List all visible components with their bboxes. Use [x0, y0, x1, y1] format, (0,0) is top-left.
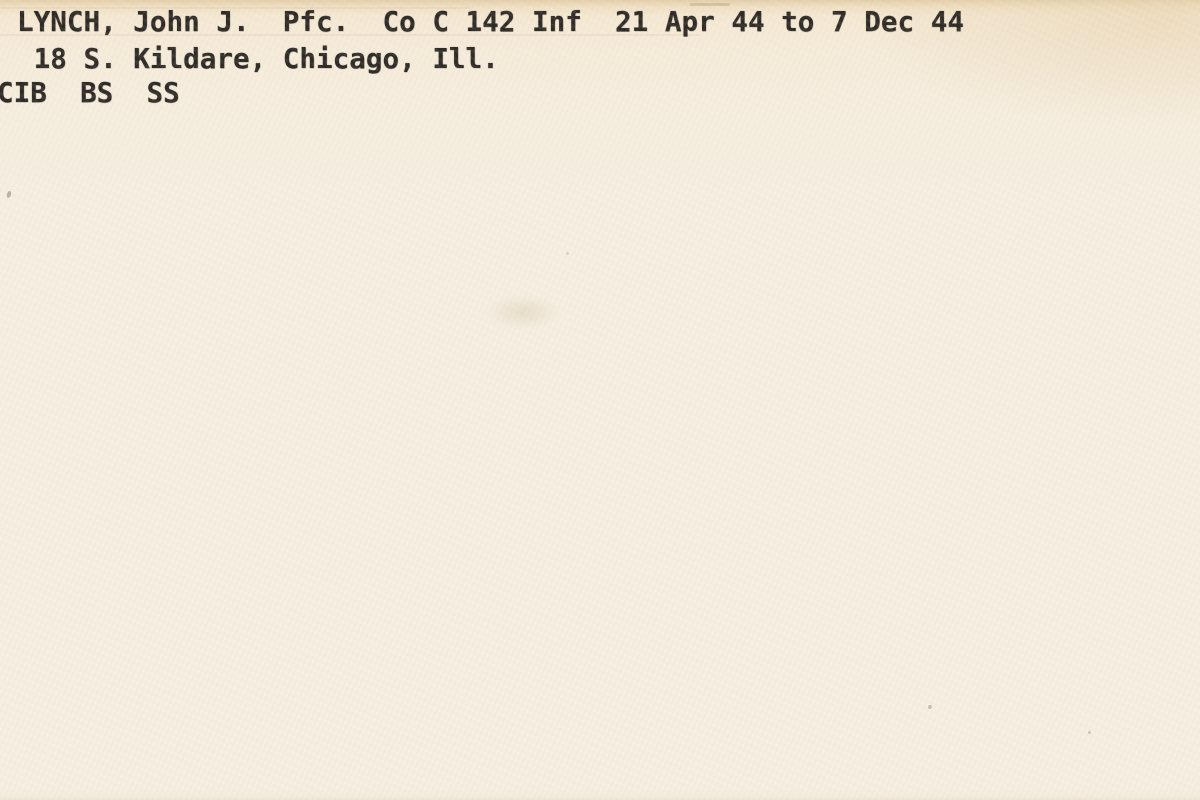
paper-speck: [566, 252, 569, 255]
paper-speck: [6, 191, 12, 199]
typed-line-awards: CIB BS SS: [0, 79, 180, 107]
paper-speck: [928, 705, 932, 709]
paper-speck: [1088, 731, 1091, 734]
index-card: LYNCH, John J. Pfc. Co C 142 Inf 21 Apr …: [0, 0, 1200, 800]
typed-line-name-rank-unit-dates: LYNCH, John J. Pfc. Co C 142 Inf 21 Apr …: [17, 8, 964, 36]
typed-line-address: 18 S. Kildare, Chicago, Ill.: [17, 45, 499, 73]
